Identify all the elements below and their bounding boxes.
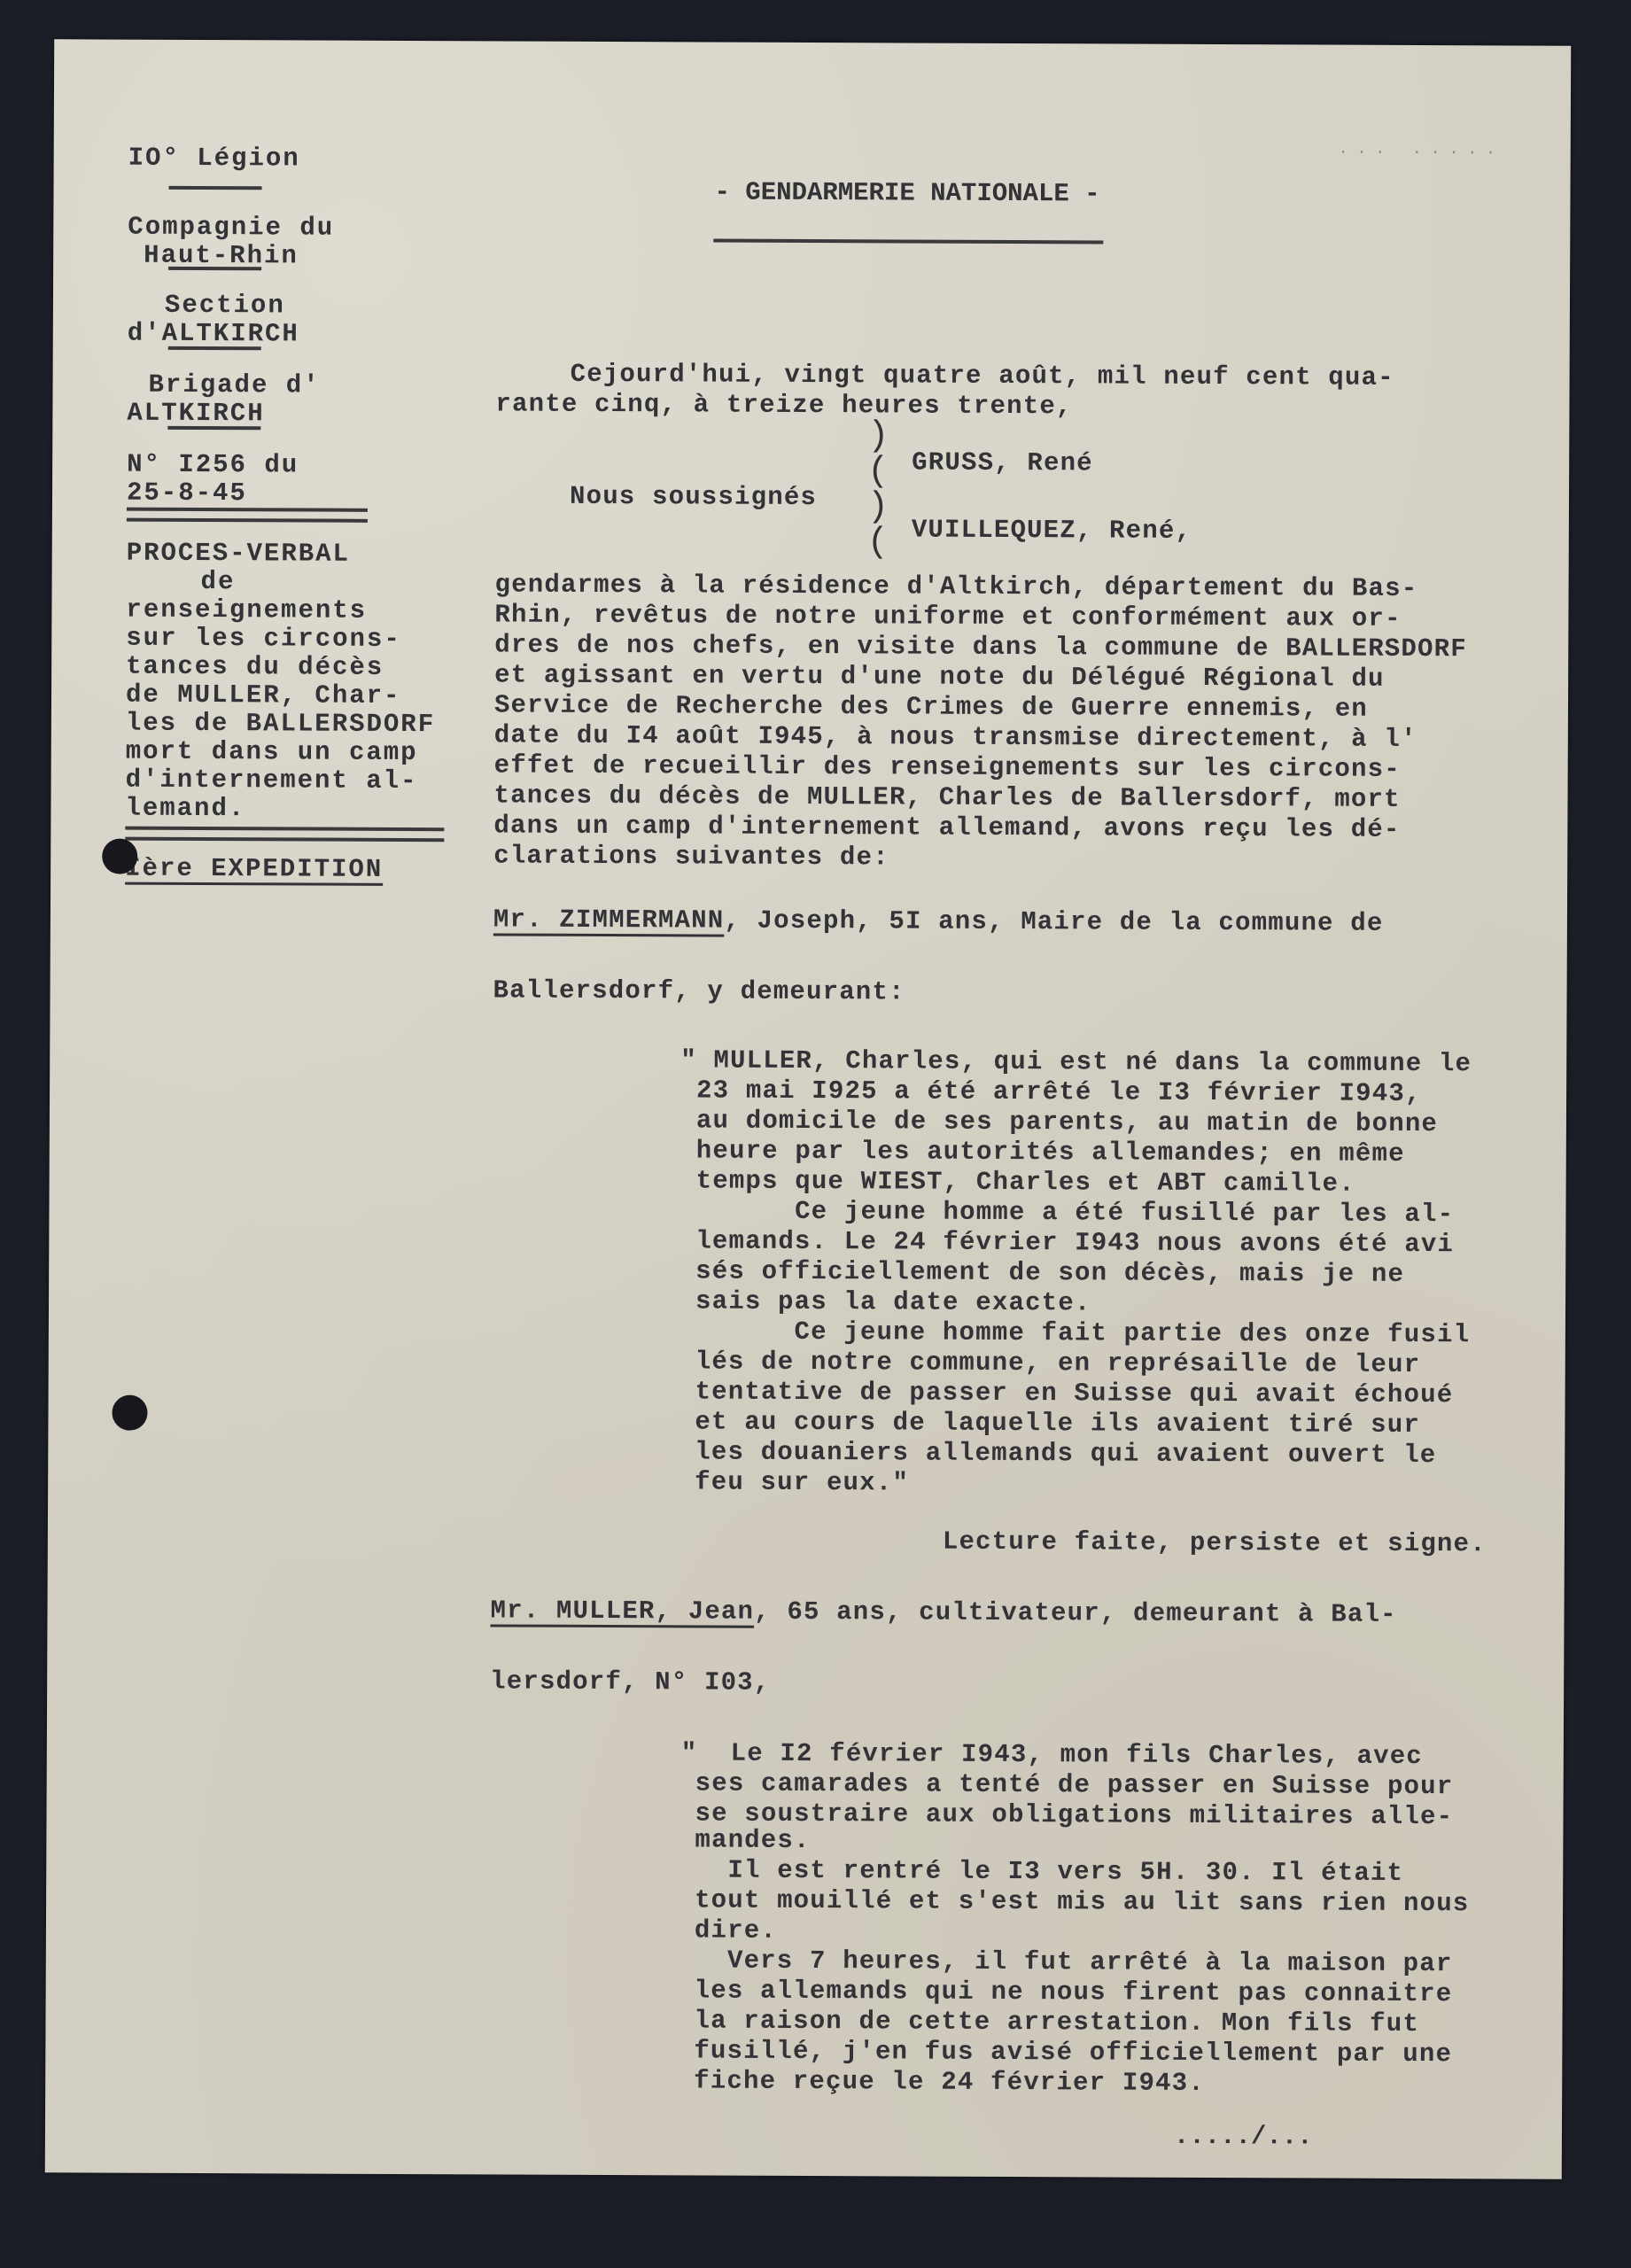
double-rule-bottom	[127, 518, 368, 523]
statement-line: 23 mai I925 a été arrêté le I3 février I…	[696, 1075, 1422, 1109]
section-label-2: d'ALTKIRCH	[128, 318, 299, 350]
divider	[167, 426, 260, 430]
witness-2-statement: " Le I2 février I943, mon fils Charles, …	[54, 39, 1571, 45]
report-title-2: de	[201, 566, 236, 597]
statement-line: " MULLER, Charles, qui est né dans la co…	[680, 1045, 1472, 1079]
body-line: gendarmes à la résidence d'Altkirch, dép…	[495, 569, 1418, 604]
brace-top: ) (	[867, 419, 890, 490]
body-line: Rhin, revêtus de notre uniforme et confo…	[494, 599, 1401, 633]
punch-hole	[112, 1395, 147, 1431]
signatory-2: VUILLEQUEZ, René,	[912, 515, 1192, 547]
signed-label: Nous soussignés	[570, 481, 817, 513]
brigade-label-1: Brigade d'	[148, 369, 320, 401]
statement-line: les allemands qui ne nous firent pas con…	[695, 1975, 1453, 2009]
report-title-5: tances du décès	[126, 651, 384, 683]
body-line: effet de recueillir des renseignements s…	[494, 750, 1401, 784]
body-line: tances du décès de MULLER, Charles de Ba…	[493, 780, 1400, 814]
divider	[168, 267, 261, 270]
report-title-7: les de BALLERSDORF	[126, 708, 435, 741]
expedition-label: Ière EXPEDITION	[125, 853, 383, 885]
statement-line: Il est rentré le I3 vers 5H. 30. Il étai…	[695, 1854, 1403, 1888]
statement-line: Vers 7 heures, il fut arrêté à la maison…	[695, 1945, 1453, 1979]
witness-1-residence: Ballersdorf, y demeurant:	[493, 975, 905, 1007]
statement-line: heure par les autorités allemandes; en m…	[696, 1135, 1405, 1169]
statement-line: lemands. Le 24 février I943 nous avons é…	[695, 1225, 1454, 1260]
section-label-1: Section	[165, 290, 285, 322]
brace-bottom: ) (	[867, 490, 890, 561]
record-date: 25-8-45	[127, 478, 247, 509]
title-underline	[713, 239, 1103, 245]
statement-line: dire.	[695, 1915, 777, 1946]
witness-1-intro: Mr. ZIMMERMANN, Joseph, 5I ans, Maire de…	[493, 904, 1384, 938]
report-title-6: de MULLER, Char-	[126, 680, 401, 711]
signatory-1: GRUSS, René	[912, 447, 1093, 479]
statement-line: lés de notre commune, en représaille de …	[695, 1346, 1421, 1380]
statement-line: " Le I2 février I943, mon fils Charles, …	[681, 1737, 1423, 1772]
statement-line: tentative de passer en Suisse qui avait …	[695, 1376, 1454, 1410]
intro-line-2: rante cinq, à treize heures trente,	[495, 388, 1072, 422]
witness-2-name: Mr. MULLER, Jean	[490, 1596, 754, 1626]
intro-line-1: Cejourd'hui, vingt quatre août, mil neuf…	[571, 359, 1394, 393]
statement-line: Ce jeune homme fait partie des onze fusi…	[695, 1316, 1470, 1350]
body-line: dans un camp d'internement allemand, avo…	[493, 810, 1400, 844]
statement-line: fiche reçue le 24 février I943.	[694, 2065, 1205, 2099]
report-title-3: renseignements	[126, 594, 367, 626]
report-title-4: sur les circons-	[126, 623, 401, 655]
brigade-label-2: ALTKIRCH	[127, 398, 264, 430]
witness-2-details: , 65 ans, cultivateur, demeurant à Bal-	[754, 1597, 1397, 1629]
statement-line: temps que WIEST, Charles et ABT camille.	[696, 1165, 1355, 1199]
corner-marks: ... .....	[1339, 141, 1504, 159]
punch-hole	[102, 839, 137, 874]
report-title-9: d'internement al-	[126, 765, 418, 796]
statement-line: tout mouillé et s'est mis au lit sans ri…	[695, 1884, 1469, 1919]
statement-line: mandes.	[695, 1824, 810, 1856]
statement-line: et au cours de laquelle ils avaient tiré…	[695, 1406, 1420, 1441]
report-title-8: mort dans un camp	[126, 736, 418, 768]
statement-line: au domicile de ses parents, au matin de …	[696, 1105, 1438, 1139]
body-line: clarations suivantes de:	[493, 840, 889, 873]
statement-line: ses camarades a tenté de passer en Suiss…	[695, 1767, 1454, 1802]
statement-line: fusillé, j'en fus avisé officiellement p…	[694, 2035, 1452, 2070]
double-rule-top	[127, 508, 368, 512]
body-line: Service de Recherche des Crimes de Guerr…	[494, 689, 1368, 724]
witness-1-statement: " MULLER, Charles, qui est né dans la co…	[54, 39, 1571, 45]
double-rule-top	[125, 827, 444, 832]
body-paragraph: gendarmes à la résidence d'Altkirch, dép…	[54, 39, 1571, 45]
statement-line: sais pas la date exacte.	[695, 1285, 1091, 1318]
witness-1-name: Mr. ZIMMERMANN	[493, 905, 725, 935]
legion-label: IO° Légion	[128, 143, 300, 175]
page-title: - GENDARMERIE NATIONALE -	[714, 177, 1099, 210]
statement-line: sés officiellement de son décès, mais je…	[695, 1255, 1404, 1289]
record-number: N° I256 du	[127, 449, 299, 481]
statement-line: les douaniers allemands qui avaient ouve…	[695, 1436, 1436, 1471]
divider	[168, 346, 261, 350]
witness-2-intro: Mr. MULLER, Jean, 65 ans, cultivateur, d…	[490, 1595, 1396, 1629]
report-title-10: lemand.	[125, 793, 245, 825]
witness-1-details: , Joseph, 5I ans, Maire de la commune de	[724, 906, 1383, 938]
witness-1-closing: Lecture faite, persiste et signe.	[943, 1526, 1487, 1560]
statement-line: feu sur eux."	[695, 1466, 909, 1498]
statement-line: la raison de cette arrestation. Mon fils…	[694, 2005, 1419, 2039]
document-page: IO° Légion Compagnie du Haut-Rhin Sectio…	[45, 39, 1571, 2179]
company-label-1: Compagnie du	[128, 212, 334, 244]
report-title-1: PROCES-VERBAL	[127, 538, 350, 570]
double-rule-bottom	[125, 837, 444, 843]
witness-2-residence: lersdorf, N° I03,	[490, 1666, 770, 1697]
divider	[169, 186, 262, 190]
body-line: date du I4 août I945, à nous transmise d…	[494, 719, 1417, 755]
body-line: et agissant en vertu d'une note du Délég…	[494, 659, 1385, 694]
continuation-mark: ...../...	[1174, 2121, 1313, 2153]
statement-line: Ce jeune homme a été fusillé par les al-	[695, 1195, 1454, 1230]
